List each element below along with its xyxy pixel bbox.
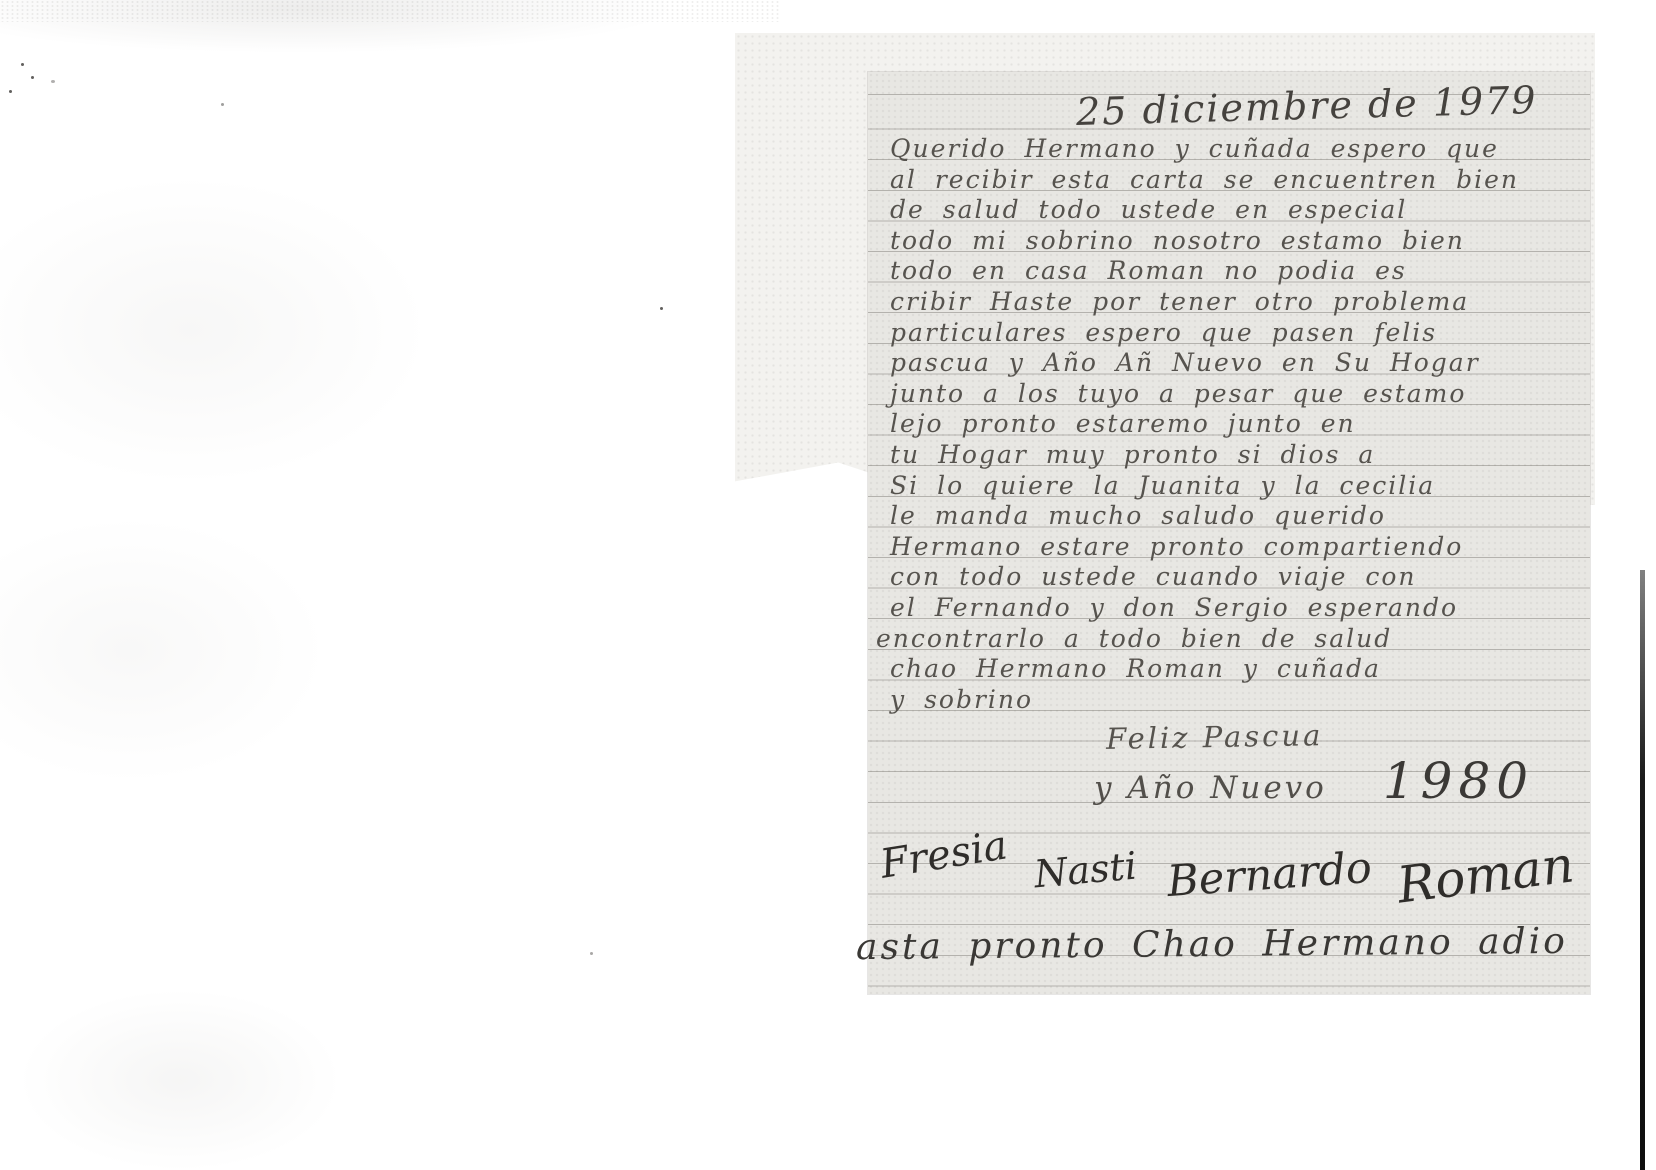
signature-fresia: Fresia xyxy=(877,822,1010,887)
handwritten-line: Querido Hermano y cuñada espero que xyxy=(890,134,1584,165)
handwritten-line: lejo pronto estaremo junto en xyxy=(890,409,1584,440)
handwritten-line: pascua y Año Añ Nuevo en Su Hogar xyxy=(890,348,1584,379)
handwritten-line: todo mi sobrino nosotro estamo bien xyxy=(890,226,1584,257)
handwritten-line: al recibir esta carta se encuentren bien xyxy=(890,165,1584,196)
scan-speck xyxy=(51,80,55,83)
letter-paper: 25 diciembre de 1979 Querido Hermano y c… xyxy=(868,72,1590,994)
handwritten-line: de salud todo ustede en especial xyxy=(890,195,1584,226)
scan-speck xyxy=(590,952,593,955)
scanned-letter-page: JOSE RAMON VIVEROS HIDALGO (1v) 25 dicie… xyxy=(0,0,1656,1170)
signatures-row: Fresia Nasti Bernardo Roman xyxy=(880,784,1570,934)
scan-noise-band xyxy=(0,0,780,22)
scan-speck xyxy=(660,307,663,310)
handwritten-line: cribir Haste por tener otro problema xyxy=(890,287,1584,318)
handwritten-line: particulares espero que pasen felis xyxy=(890,318,1584,349)
scan-speck xyxy=(221,103,224,106)
handwritten-line: todo en casa Roman no podia es xyxy=(890,256,1584,287)
handwritten-line: le manda mucho saludo querido xyxy=(890,501,1584,532)
handwritten-line: el Fernando y don Sergio esperando xyxy=(890,593,1584,624)
scan-edge-artifact xyxy=(1640,570,1645,1170)
scan-speck xyxy=(9,90,12,93)
scan-speck xyxy=(21,63,24,66)
handwritten-line: tu Hogar muy pronto si dios a xyxy=(890,440,1584,471)
letter-body: Querido Hermano y cuñada espero que al r… xyxy=(890,134,1584,715)
handwritten-line: Si lo quiere la Juanita y la cecilia xyxy=(890,471,1584,502)
date-line: 25 diciembre de 1979 xyxy=(1076,78,1539,134)
handwritten-line: y sobrino xyxy=(890,685,1584,716)
handwritten-line: chao Hermano Roman y cuñada xyxy=(890,654,1584,685)
scan-speck xyxy=(31,76,34,79)
handwritten-line: Hermano estare pronto compartiendo xyxy=(890,532,1584,563)
handwritten-line: con todo ustede cuando viaje con xyxy=(890,562,1584,593)
handwritten-line: junto a los tuyo a pesar que estamo xyxy=(890,379,1584,410)
signature-nasti: Nasti xyxy=(1032,844,1138,897)
closing-line-feliz-pascua: Feliz Pascua xyxy=(1106,718,1324,756)
postscript-line: asta pronto Chao Hermano adio xyxy=(856,921,1568,968)
signature-bernardo: Bernardo xyxy=(1165,843,1373,907)
signature-roman: Roman xyxy=(1395,835,1578,914)
handwritten-line: encontrarlo a todo bien de salud xyxy=(876,624,1584,655)
